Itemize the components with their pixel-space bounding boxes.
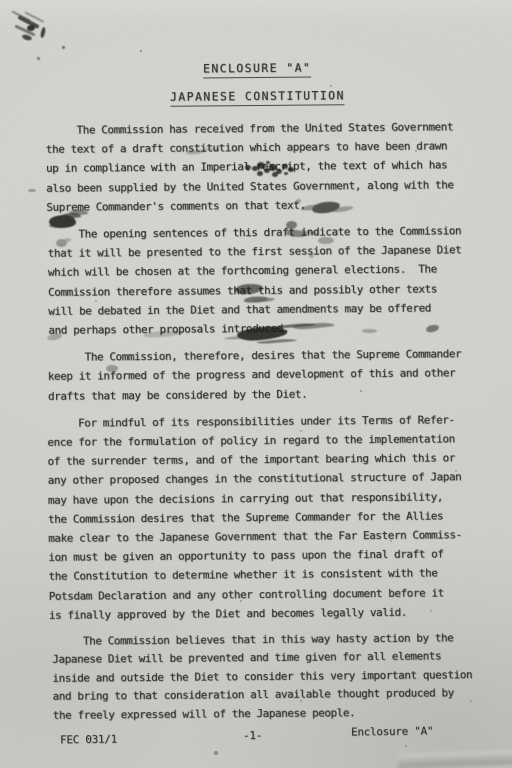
footer-page-number: -1- xyxy=(243,729,262,742)
document-title-text: ENCLOSURE "A" xyxy=(203,60,311,79)
ink-smudge xyxy=(28,189,36,192)
paragraph: The Commission believes that in this way… xyxy=(52,629,477,725)
scanned-document-page: ENCLOSURE "A" JAPANESE CONSTITUTION The … xyxy=(0,0,512,768)
paper-edge-shadow xyxy=(398,750,512,768)
paragraph: The Commission has received from the Uni… xyxy=(46,117,471,217)
paragraph: For mindful of its responsibilities unde… xyxy=(47,410,473,625)
document-body: ENCLOSURE "A" JAPANESE CONSTITUTION The … xyxy=(45,58,475,733)
ink-smudge xyxy=(21,34,32,42)
paragraph: The opening sentences of this draft indi… xyxy=(48,221,473,340)
ink-speck xyxy=(62,46,65,49)
footer-document-reference: FEC 031/1 xyxy=(60,733,117,747)
document-subtitle-text: JAPANESE CONSTITUTION xyxy=(170,87,345,107)
ink-smudge xyxy=(17,15,39,29)
ink-smudge xyxy=(14,24,35,36)
ink-smudge xyxy=(40,27,46,39)
ink-speck xyxy=(37,57,40,60)
ink-smudge xyxy=(27,25,35,31)
document-title: ENCLOSURE "A" xyxy=(45,58,469,80)
paragraph: The Commission, therefore, desires that … xyxy=(48,344,472,405)
dust-specks xyxy=(140,50,142,52)
document-subtitle: JAPANESE CONSTITUTION xyxy=(45,86,469,108)
footer-enclosure-label: Enclosure "A" xyxy=(351,724,433,738)
